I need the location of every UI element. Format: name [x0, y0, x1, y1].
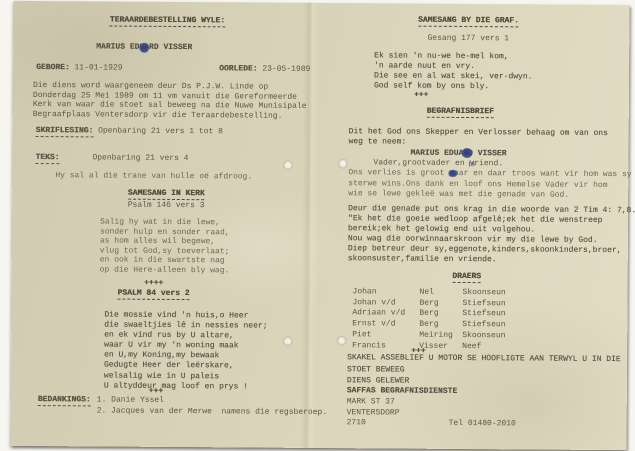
punch-hole [337, 336, 346, 345]
postal-tel-row: 2710 Tel 01480-2010 [347, 418, 597, 429]
samesang-kerk-heading: SAMESANG IN KERK [20, 188, 312, 201]
dates-row: GEBORE: 11-01-1929 OORLEDE: 23-05-1989 [36, 63, 326, 75]
draer-first-name: Adriaan v/d [352, 309, 419, 320]
draer-first-name: Piet [352, 330, 419, 341]
handwritten-correction: is [468, 160, 475, 169]
telephone: Tel 01480-2010 [449, 419, 516, 429]
psalm84-verse: Die mossie vind 'n huis,o Heer die swael… [104, 310, 268, 392]
draer-first-name: Johan v/d [352, 298, 419, 309]
scripture-paragraph: Deur die genade put ons krag in die woor… [348, 204, 635, 267]
ink-blot [139, 43, 149, 53]
draer-last-name: Meiring [419, 331, 462, 342]
draer-relation: Skoonseun [463, 288, 506, 297]
deceased-description: Vader,grootvader en vriend. [373, 158, 503, 168]
undertaker-name: SAFFAS BEGRAFNISDIENSTE [347, 386, 457, 396]
teks-value: Openbaring 21 vers 4 [92, 153, 188, 163]
teks-label: TEKS: [35, 153, 59, 164]
draer-relation: Stiefseun [462, 299, 505, 308]
left-page-title: TERAARDEBESTELLING WYLE: [21, 15, 313, 28]
undertaker-address: MARK ST 37 VENTERSDORP [347, 397, 400, 419]
draer-last-name: Nel [419, 288, 462, 299]
left-page-title-text: TERAARDEBESTELLING WYLE: [110, 16, 225, 27]
born-label: GEBORE: [36, 63, 70, 72]
ink-blot [461, 148, 472, 158]
draer-relation: Skoonseun [462, 331, 505, 340]
draer-last-name: Berg [419, 309, 462, 320]
psalm146-verse: Salig hy wat in die lewe, sonder hulp en… [100, 217, 230, 275]
died-date: 23-05-1989 [262, 65, 310, 74]
postal-code: 2710 [347, 418, 366, 427]
punch-hole [283, 337, 292, 346]
deceased-name-right: MARIUS EDUARD VISSER [410, 149, 506, 159]
bedankings-label-wrap: BEDANKINGS: [38, 395, 91, 406]
scanned-paper-sheet: TERAARDEBESTELLING WYLE: MARIUS EDUARD V… [10, 1, 629, 450]
psalm84-title: PSALM 84 vers 2 [19, 288, 287, 300]
draer-first-name: Johan [352, 287, 419, 298]
draers-heading: DRAERS [342, 271, 592, 283]
draer-first-name: Francis [352, 341, 419, 352]
samesang-graf-heading: SAMESANG BY DIE GRAF. [343, 15, 593, 27]
begrafnisbrief-heading-text: BEGRAFNISBRIEF [427, 107, 494, 118]
samesang-kerk-heading-text: SAMESANG IN KERK [128, 189, 205, 200]
draer-relation: Stiefseun [462, 320, 505, 329]
gesang-verse: Ek sien 'n nu-we he-mel kom, 'n aarde nu… [374, 51, 533, 92]
psalm146-title: Psalm 146 vers 3 [20, 200, 312, 212]
draers-table: JohanNelSkoonseun Johan v/dBergStiefseun… [352, 287, 506, 352]
condolence-paragraph: Ons verlies is groot maar en daar troos … [348, 168, 631, 201]
punch-hole [338, 159, 347, 168]
draer-relation: Neef [462, 342, 481, 351]
draer-last-name: Berg [419, 298, 462, 309]
psalm84-title-text: PSALM 84 vers 2 [117, 289, 189, 300]
skriflesing-label: SKRIFLESING: [36, 126, 94, 137]
brief-intro: Dit het God ons Skepper en Verlosser beh… [349, 127, 608, 149]
separator-plus: +++ [414, 91, 428, 101]
draers-row: FrancisVisserNeef [352, 341, 505, 353]
teks-quote: Hy sal al die trane van hulle oë afdroog… [55, 171, 252, 182]
bedankings-label: BEDANKINGS: [38, 395, 91, 406]
draer-relation: Stiefseun [462, 309, 505, 318]
died-group: OORLEDE: 23-05-1989 [219, 64, 310, 74]
died-label: OORLEDE: [219, 64, 257, 73]
teks-row: TEKS: Openbaring 21 vers 4 [35, 153, 315, 165]
skriflesing-row: SKRIFLESING: Openbaring 21 vers 1 tot 8 [36, 126, 223, 138]
samesang-graf-heading-text: SAMESANG BY DIE GRAF. [418, 16, 519, 27]
draer-last-name: Visser [419, 341, 462, 352]
begrafnisbrief-heading: BEGRAFNISBRIEF [343, 106, 578, 118]
gesang-title: Gesang 177 vers 1 [343, 33, 593, 44]
service-intro-paragraph: Die diens word waargeneem deur Ds P.J.W.… [33, 81, 307, 121]
strike-out-mark [448, 170, 457, 177]
draer-first-name: Ernst v/d [352, 319, 419, 330]
skriflesing-value: Openbaring 21 vers 1 tot 8 [98, 126, 223, 136]
headlights-notice: SKAKEL ASSEBLIEF U MOTOR SE HOOFLIGTE AA… [347, 352, 621, 389]
bedankings-items: 1. Danie Yssel 2. Jacques van der Merwe … [97, 395, 328, 418]
born-date: 11-01-1929 [74, 63, 122, 72]
draers-heading-text: DRAERS [452, 272, 481, 283]
draer-last-name: Berg [419, 320, 462, 331]
